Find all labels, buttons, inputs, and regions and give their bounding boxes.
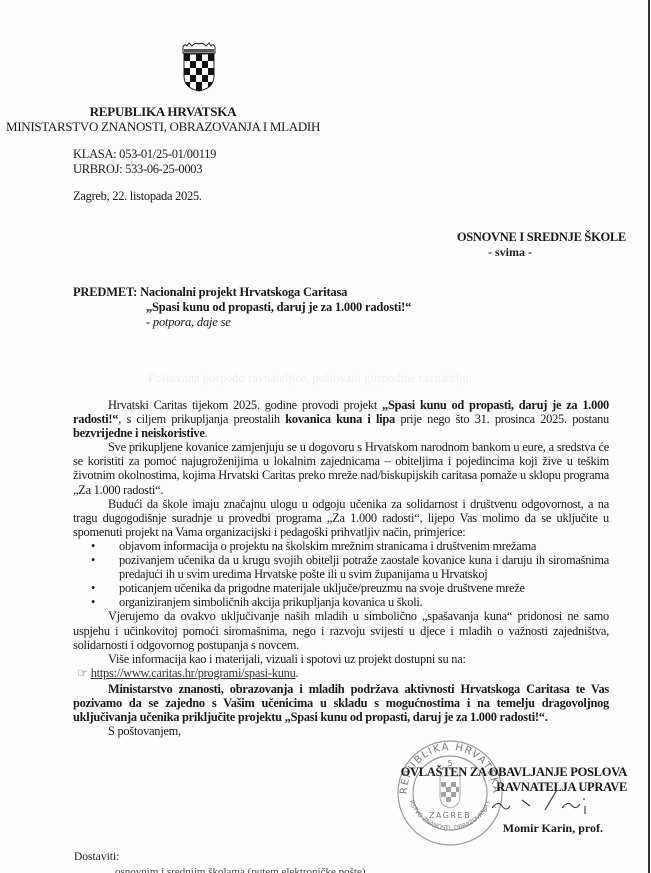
paragraph-4: Vjerujemo da ovakvo uključivanje naših m… [73, 609, 609, 651]
paragraph-3: Budući da škole imaju značajnu ulogu u o… [73, 497, 609, 539]
paragraph-6: Ministarstvo znanosti, obrazovanja i mla… [73, 682, 609, 724]
caritas-link[interactable]: https://www.caritas.hr/programi/spasi-ku… [91, 666, 296, 680]
signatory-name: Momir Karin, prof. [345, 821, 603, 836]
subject-prefix: PREDMET: [73, 285, 137, 299]
paragraph-1: Hrvatski Caritas tijekom 2025. godine pr… [73, 398, 609, 440]
subject-details: „Spasi kunu od propasti, daruj je za 1.0… [146, 300, 411, 329]
svg-text:ZAGREB: ZAGREB [429, 811, 471, 820]
list-item: objavom informacija o projektu na školsk… [119, 539, 609, 553]
suggestion-list: objavom informacija o projektu na školsk… [73, 539, 609, 609]
klasa: KLASA: 053-01/25-01/00119 [73, 147, 216, 162]
recipient-sub: - svima - [440, 245, 580, 260]
recipient-name: OSNOVNE I SREDNJE ŠKOLE [350, 230, 626, 245]
urbroj: URBROJ: 533-06-25-0003 [73, 162, 202, 177]
page-edge [648, 0, 650, 873]
croatian-coat-of-arms-icon [180, 40, 218, 92]
list-item: poticanjem učenika da prigodne materijal… [119, 581, 609, 595]
delivery-item: osnovnim i srednjim školama (putem elekt… [115, 866, 366, 873]
republic-heading: REPUBLIKA HRVATSKA [0, 104, 326, 120]
handwritten-signature [490, 790, 590, 820]
ministry-heading: MINISTARSTVO ZNANOSTI, OBRAZOVANJA I MLA… [0, 119, 326, 135]
closing: S poštovanjem, [73, 724, 609, 738]
subject-label: PREDMET: Nacionalni projekt Hrvatskoga C… [73, 285, 347, 300]
list-item: organiziranjem simboličnih akcija prikup… [119, 595, 609, 609]
delivery-label: Dostaviti: [74, 851, 119, 863]
link-line: ☞ https://www.caritas.hr/programi/spasi-… [73, 666, 609, 680]
salutation: Poštovana gospođo ravnateljice, poštovan… [148, 371, 472, 386]
pointing-hand-icon: ☞ [77, 666, 88, 680]
signatory-title-1: OVLAŠTEN ZA OBAVLJANJE POSLOVA [345, 765, 627, 780]
subject-line2: „Spasi kunu od propasti, daruj je za 1.0… [146, 300, 411, 315]
place-date: Zagreb, 22. listopada 2025. [73, 189, 202, 204]
paragraph-5: Više informacija kao i materijali, vizua… [73, 652, 609, 666]
subject-line3: - potpora, daje se [146, 315, 411, 330]
list-item: pozivanjem učenika da u krugu svojih obi… [119, 553, 609, 581]
paragraph-2: Sve prikupljene kovanice zamjenjuju se u… [73, 440, 609, 496]
subject-line1: Nacionalni projekt Hrvatskoga Caritasa [140, 285, 347, 299]
letter-body: Hrvatski Caritas tijekom 2025. godine pr… [73, 398, 609, 738]
